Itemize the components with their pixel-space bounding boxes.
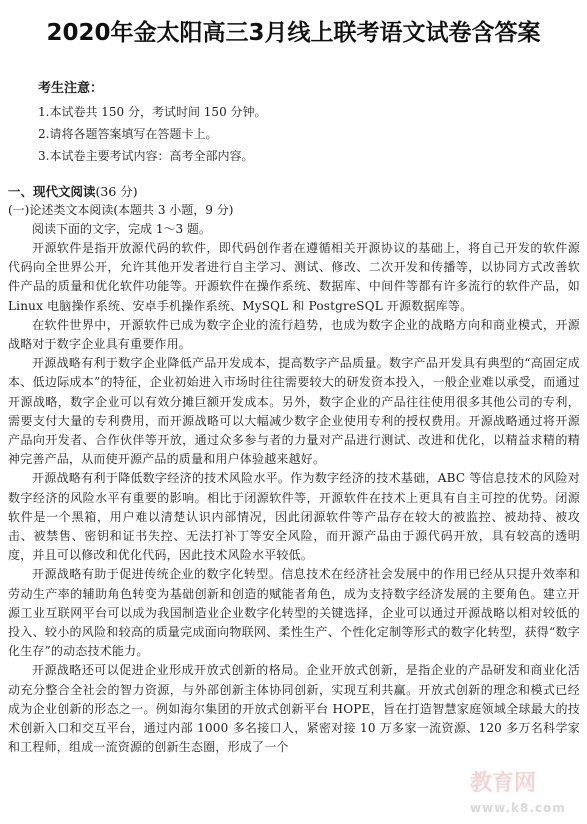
notice-item: 2.请将各题答案填写在答题卡上。	[38, 123, 267, 145]
watermark-text: 教育网	[470, 772, 587, 796]
watermark: 教育网 www.k8.com	[470, 772, 587, 822]
paragraph: 开源战略有利于降低数字经济的技术风险水平。作为数字经济的技术基础，ABC 等信息…	[8, 469, 580, 565]
paragraph: 在软件世界中，开源软件已成为数字企业的流行趋势，也成为数字企业的战略方向和商业模…	[8, 316, 580, 354]
paragraph: 开源软件是指开放源代码的软件，即代码创作者在遵循相关开源协议的基础上，将自己开发…	[8, 239, 580, 316]
watermark-url: www.k8.com	[470, 796, 587, 820]
section-heading-text: 一、现代文阅读	[8, 184, 96, 199]
notice-item: 1.本试卷共 150 分，考试时间 150 分钟。	[38, 101, 267, 123]
paragraph: 开源战略有助于促进传统企业的数字化转型。信息技术在经济社会发展中的作用已经从只提…	[8, 565, 580, 661]
document-title: 2020年金太阳高三3月线上联考语文试卷含答案	[0, 14, 587, 47]
reading-section: 一、现代文阅读(36 分) (一)论述类文本阅读(本题共 3 小题，9 分) 阅…	[8, 183, 580, 757]
notice-item: 3.本试卷主要考试内容：高考全部内容。	[38, 145, 267, 167]
section-points: (36 分)	[96, 184, 138, 199]
notice-heading: 考生注意：	[38, 77, 267, 96]
paragraph: 开源战略有利于数字企业降低产品开发成本，提高数字产品质量。数字产品开发具有典型的…	[8, 354, 580, 469]
paragraph: 开源战略还可以促进企业形成开放式创新的格局。企业开放式创新，是指企业的产品研发和…	[8, 661, 580, 757]
instruction: 阅读下面的文字，完成 1～3 题。	[8, 220, 580, 239]
exam-notice: 考生注意： 1.本试卷共 150 分，考试时间 150 分钟。 2.请将各题答案…	[38, 77, 267, 167]
subsection-heading: (一)论述类文本阅读(本题共 3 小题，9 分)	[8, 201, 580, 220]
section-heading: 一、现代文阅读(36 分)	[8, 183, 580, 201]
